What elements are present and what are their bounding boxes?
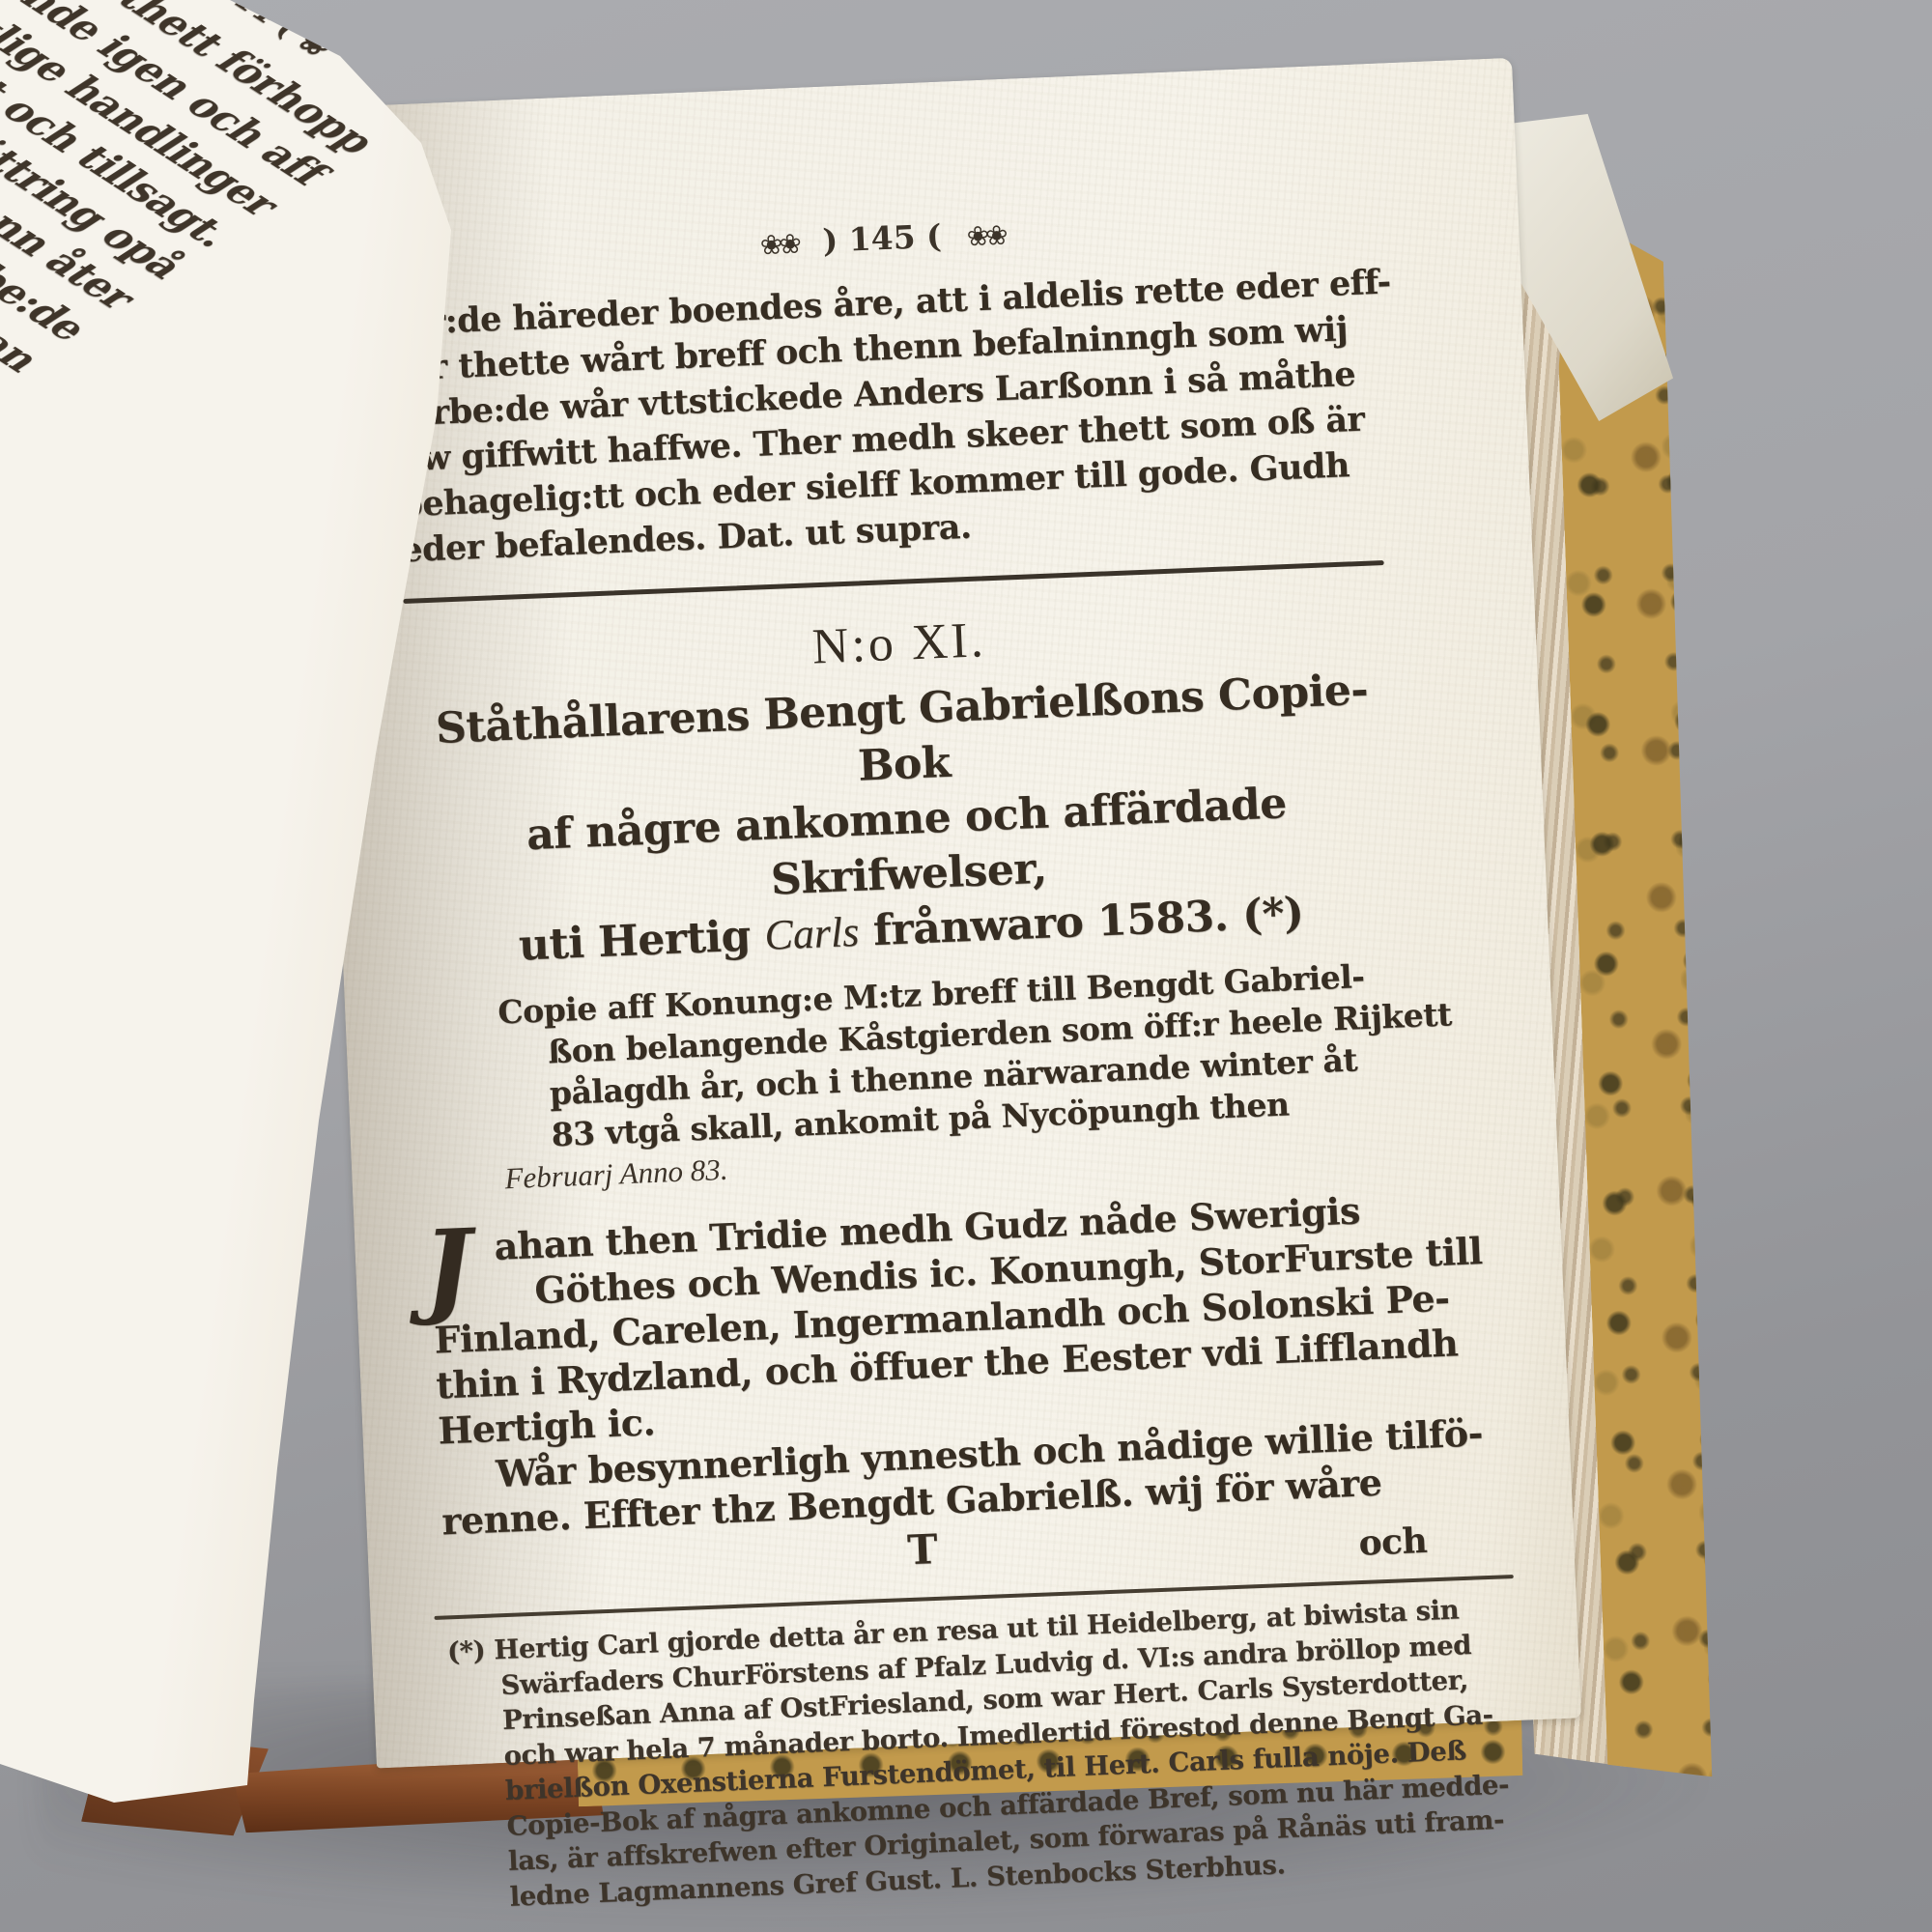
intro-paragraph: för:de häreder boendes åre, att i aldeli… xyxy=(390,260,1388,574)
fleuron-ornament-icon: ❀❀ xyxy=(759,228,798,262)
photo-open-antique-book: ❀❀) 145 (❀❀ för:de häreder boendes åre, … xyxy=(0,0,1932,1932)
name-carls-italic: Carls xyxy=(763,908,860,959)
catchword: och xyxy=(1358,1520,1428,1564)
signature-mark: T xyxy=(906,1525,938,1574)
fleuron-ornament-icon: ❀❀ xyxy=(966,219,1005,253)
footnote-paragraph: (*) Hertig Carl gjorde detta år en resa … xyxy=(446,1594,1444,1918)
body-lines: ahan then Tridie medh Gudz nåde Swerigis… xyxy=(430,1185,1430,1545)
right-page-content: ❀❀) 145 (❀❀ för:de häreder boendes åre, … xyxy=(384,91,1445,1917)
page-number: ) 145 ( xyxy=(822,217,943,260)
right-page: ❀❀) 145 (❀❀ för:de häreder boendes åre, … xyxy=(307,58,1581,1769)
left-page-lines: ffwe wij thett giordt vdi thett förhopps… xyxy=(0,0,389,1096)
dropcap-J: J xyxy=(421,1215,473,1320)
body-paragraph: J ahan then Tridie medh Gudz nåde Swerig… xyxy=(430,1185,1430,1545)
section-title: Ståthållarens Bengt Gabrielßons Copie-Bo… xyxy=(408,661,1406,978)
